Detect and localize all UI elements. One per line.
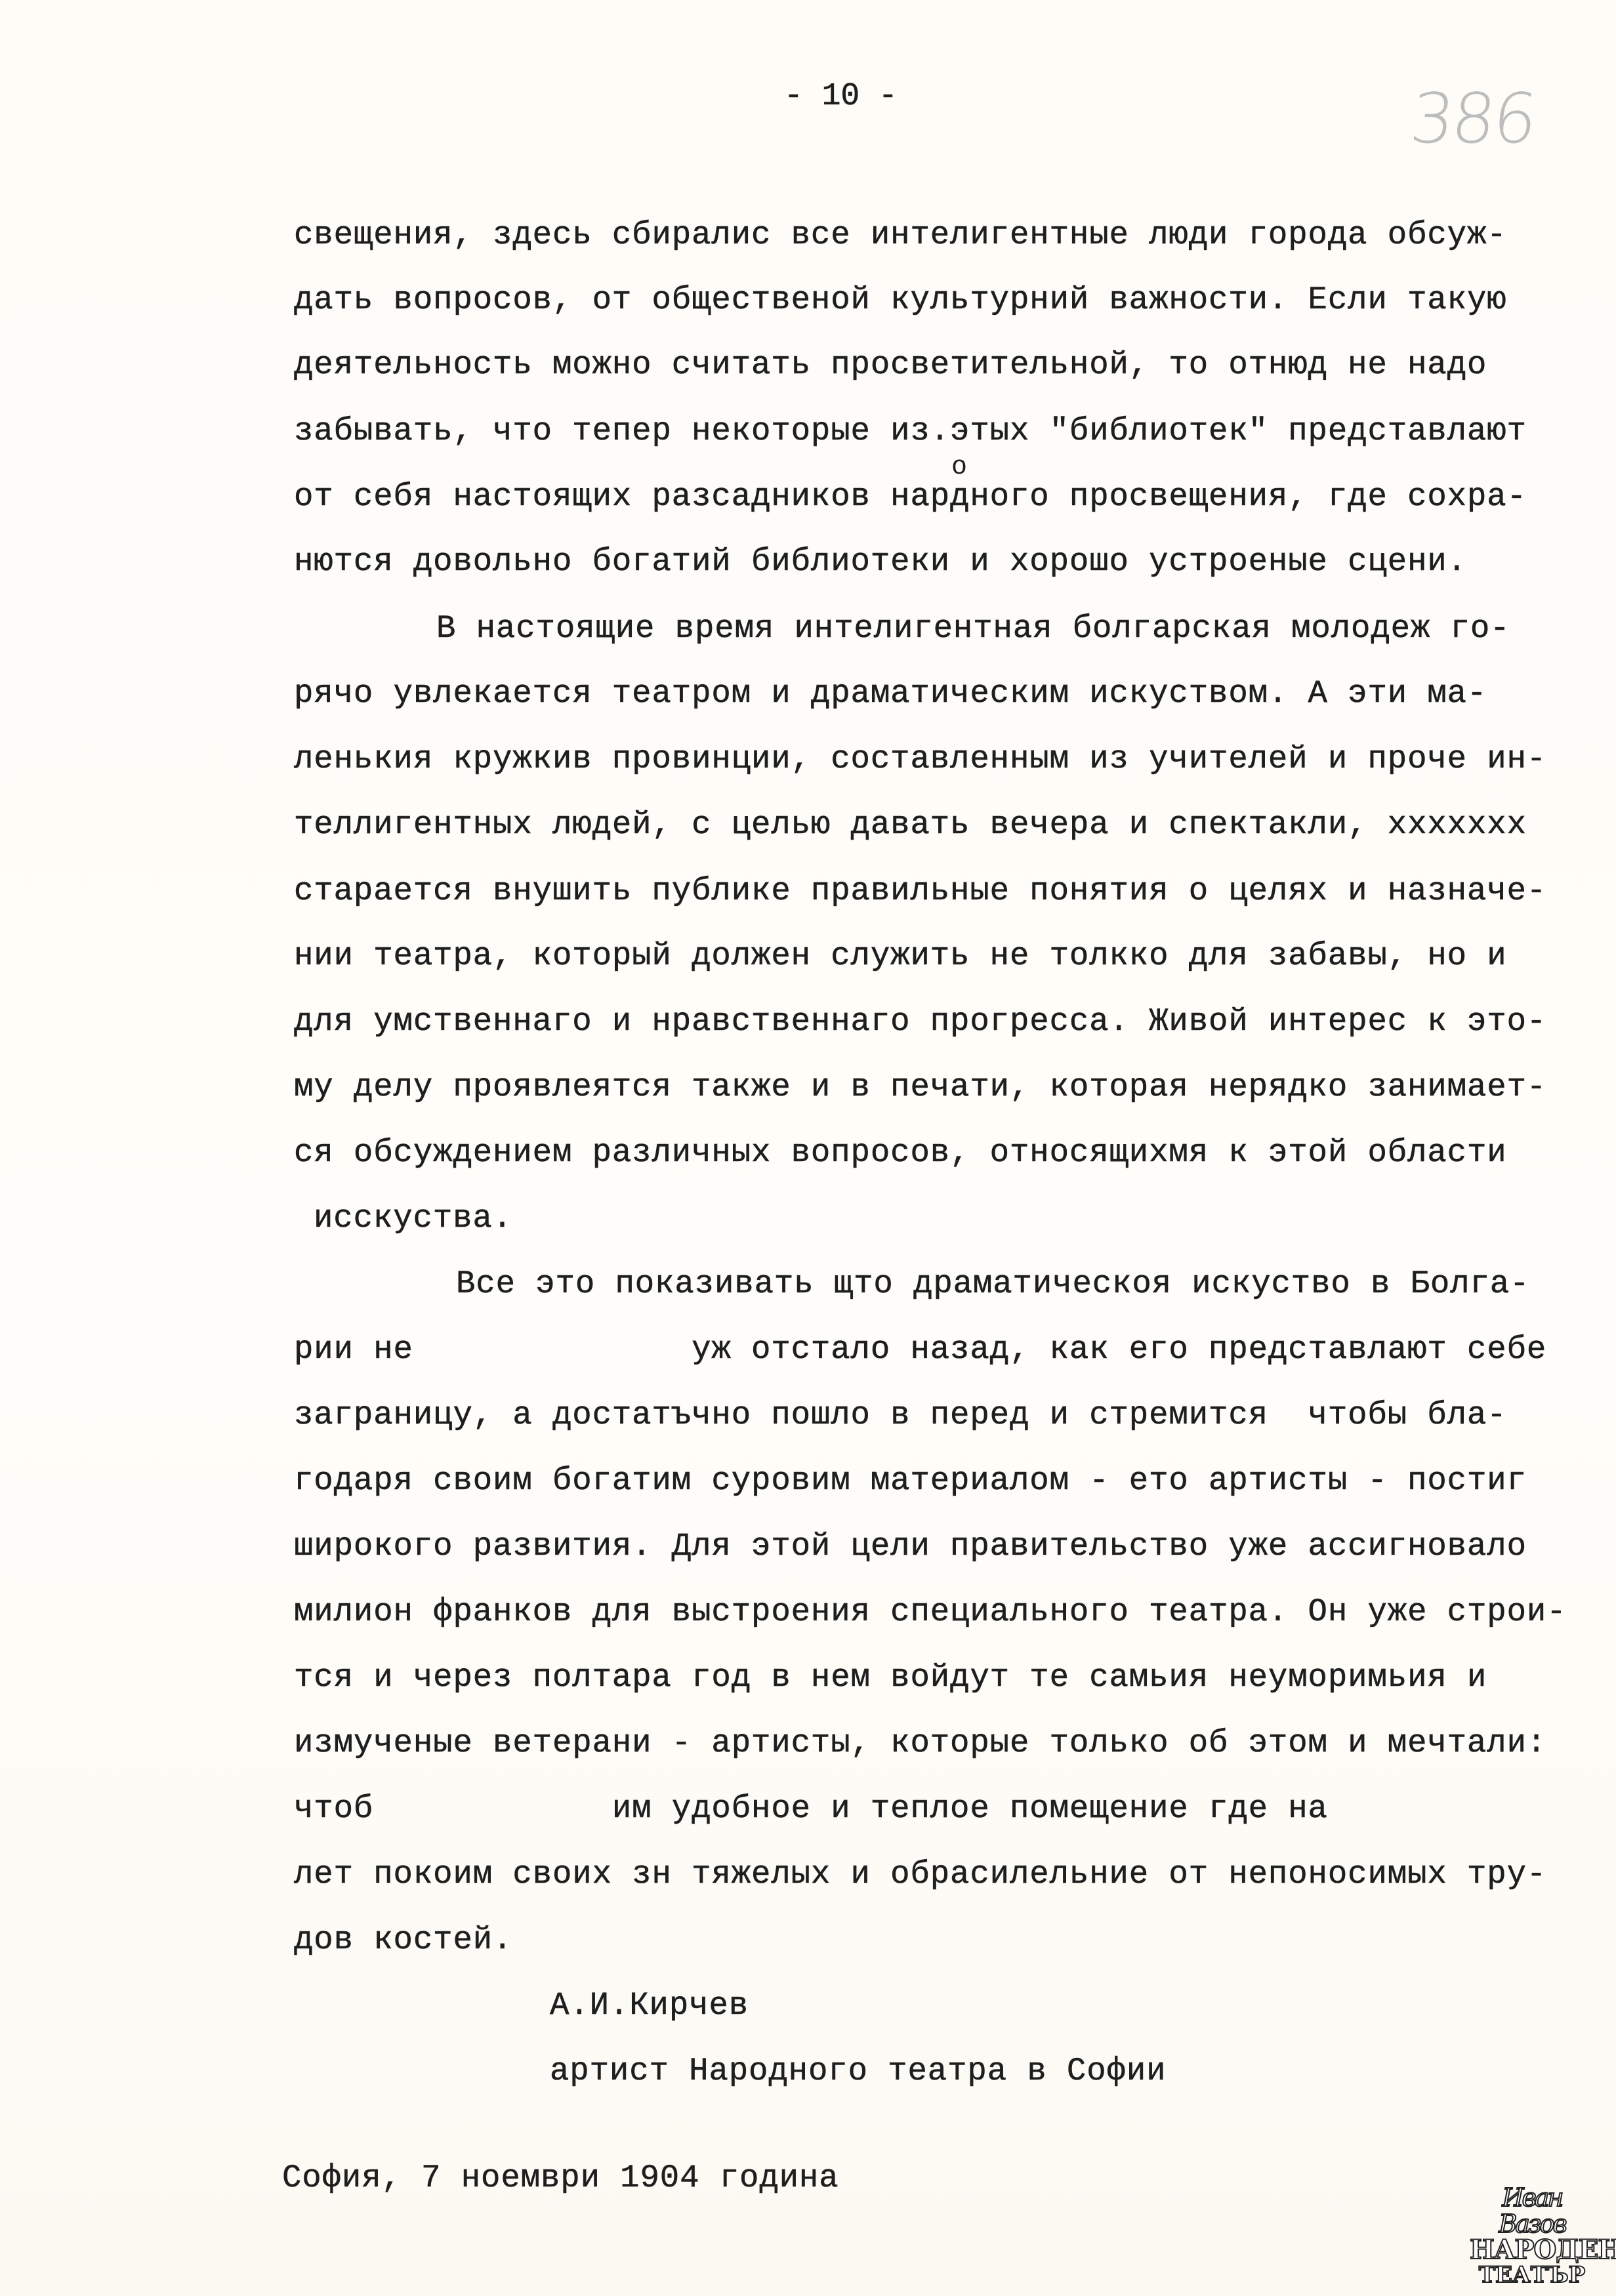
archive-number: 386 — [1407, 79, 1539, 159]
text-line: дов костей. — [294, 1920, 512, 1959]
text-line: забывать, что тепер некоторые из.этых "б… — [294, 411, 1527, 451]
logo-line-2: ТЕАТЪР — [1470, 2263, 1594, 2287]
text-line: чтоб им удобное и теплое помещение где н… — [294, 1789, 1328, 1828]
text-line: деятельность можно считать просветительн… — [294, 345, 1487, 384]
text-line: широкого развития. Для этой цели правите… — [294, 1527, 1527, 1566]
text-line: заграницу, а достатъчно пошло в перед и … — [294, 1395, 1507, 1435]
text-line: ленькия кружкив провинции, составленным … — [294, 739, 1546, 779]
text-line: от себя настоящих разсадников нардного п… — [294, 477, 1527, 516]
logo-line-1: НАРОДЕН — [1470, 2237, 1594, 2263]
text-line: теллигентных людей, с целью давать вечер… — [294, 805, 1527, 844]
text-line: нются довольно богатий библиотеки и хоро… — [294, 542, 1467, 581]
text-line: ся обсуждением различных вопросов, относ… — [294, 1133, 1507, 1172]
document-page: - 10 - 386 свещения, здесь сбиралис все … — [0, 0, 1616, 2296]
text-line: измученые ветерани - артисты, которые то… — [294, 1723, 1546, 1763]
paragraph-start-line: В настоящие время интелигентная болгарск… — [436, 609, 1510, 648]
text-line: свещения, здесь сбиралис все интелигентн… — [294, 215, 1507, 255]
text-line: рячо увлекается театром и драматическим … — [294, 674, 1487, 713]
text-line: годаря своим богатим суровим материалом … — [294, 1461, 1527, 1500]
text-line: лет покоим своих зн тяжелых и обрасилель… — [294, 1855, 1546, 1894]
text-line: милион франков для выстроения специально… — [294, 1592, 1567, 1631]
text-line: тся и через полтара год в нем войдут те … — [294, 1658, 1487, 1697]
page-number: - 10 - — [784, 79, 898, 114]
logo-script: Иван Вазов — [1470, 2184, 1594, 2237]
signature-title: артист Народного театра в Софии — [550, 2051, 1166, 2091]
place-date: София, 7 ноември 1904 година — [282, 2158, 839, 2198]
text-line: исскуства. — [314, 1199, 512, 1238]
paragraph-start-line: Все это показивать щто драматическоя иск… — [456, 1264, 1529, 1303]
text-line: дать вопросов, от общественой культурний… — [294, 280, 1507, 319]
national-theatre-logo: Иван Вазов НАРОДЕН ТЕАТЪР — [1470, 2184, 1594, 2287]
text-line: нии театра, который должен служить не то… — [294, 936, 1507, 975]
text-line: рии не уж отстало назад, как его предста… — [294, 1330, 1546, 1369]
text-line: му делу проявлеятся также и в печати, ко… — [294, 1067, 1546, 1107]
signature-name: А.И.Кирчев — [550, 1986, 749, 2025]
text-line: для умственнаго и нравственнаго прогресс… — [294, 1002, 1546, 1041]
text-line: старается внушить публике правильные пон… — [294, 871, 1546, 911]
